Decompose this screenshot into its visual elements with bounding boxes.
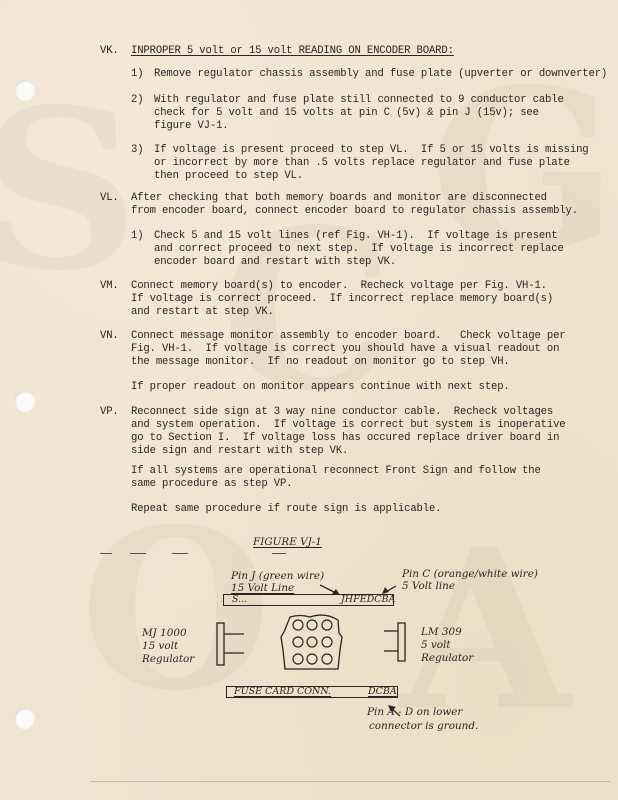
left-regulator-label: MJ 1000 [142, 627, 187, 639]
step-id: VP. [100, 406, 119, 419]
pin-c-label: Pin C (orange/white wire) [402, 568, 538, 580]
divider [100, 553, 112, 554]
punch-hole [14, 80, 35, 101]
substep-text: encoder board and restart with step VK. [154, 256, 396, 269]
pin-j-label: Pin J (green wire) [231, 570, 324, 582]
top-connector-pins: JHFEDCBA [341, 594, 395, 606]
right-regulator-label: LM 309 [421, 626, 462, 638]
regulator-diagram [0, 0, 618, 800]
punch-hole [14, 708, 35, 729]
step-text: If voltage is correct proceed. If incorr… [131, 293, 553, 306]
substep-text: check for 5 volt and 15 volts at pin C (… [154, 107, 539, 120]
step-text: from encoder board, connect encoder boar… [131, 205, 578, 218]
step-id: VM. [100, 280, 119, 293]
step-text: go to Section I. If voltage loss has occ… [131, 432, 559, 445]
arrow-icon [0, 0, 618, 800]
step-text: side sign and restart with step VK. [131, 445, 348, 458]
substep-text: and correct proceed to next step. If vol… [154, 243, 564, 256]
step-text: and restart at step VK. [131, 306, 274, 319]
left-regulator-label: 15 volt [142, 640, 178, 652]
step-id: VL. [100, 192, 119, 205]
divider [130, 553, 146, 554]
scanned-page: S C G O A VK. INPROPER 5 volt or 15 volt… [0, 0, 618, 800]
right-regulator-label: Regulator [421, 652, 473, 664]
step-id: VK. [100, 45, 119, 58]
substep-text: Remove regulator chassis assembly and fu… [154, 68, 607, 81]
pin-c-label: 5 Volt line [402, 580, 455, 592]
right-regulator-label: 5 volt [421, 639, 451, 651]
ground-note: connector is ground. [369, 720, 478, 732]
step-note: same procedure as step VP. [131, 478, 292, 491]
fuse-card-label: FUSE CARD CONN. [234, 686, 331, 698]
substep-text: With regulator and fuse plate still conn… [154, 94, 564, 107]
substep-number: 2) [131, 94, 143, 107]
substep-text: If voltage is present proceed to step VL… [154, 144, 589, 157]
watermark-letter: O [80, 480, 272, 739]
substep-text: or incorrect by more than .5 volts repla… [154, 157, 570, 170]
divider [272, 553, 286, 554]
section-heading: INPROPER 5 volt or 15 volt READING ON EN… [131, 45, 454, 58]
substep-number: 1) [131, 230, 143, 243]
ground-note: Pin A - D on lower [367, 706, 462, 718]
step-text: Fig. VH-1. If voltage is correct you sho… [131, 343, 559, 356]
step-note: Repeat same procedure if route sign is a… [131, 503, 441, 516]
punch-hole [14, 391, 35, 412]
step-id: VN. [100, 330, 119, 343]
step-note: If proper readout on monitor appears con… [131, 381, 510, 394]
pin-j-label: 15 Volt Line [231, 582, 294, 594]
step-text: After checking that both memory boards a… [131, 192, 547, 205]
substep-text: then proceed to step VL. [154, 170, 303, 183]
step-text: Reconnect side sign at 3 way nine conduc… [131, 406, 553, 419]
substep-text: figure VJ-1. [154, 120, 229, 133]
top-connector-left: S... [232, 594, 247, 606]
fuse-card-pins: DCBA [368, 686, 397, 698]
substep-text: Check 5 and 15 volt lines (ref Fig. VH-1… [154, 230, 557, 243]
figure-title: FIGURE VJ-1 [253, 536, 322, 548]
step-text: Connect message monitor assembly to enco… [131, 330, 566, 343]
left-regulator-label: Regulator [142, 653, 194, 665]
scan-line [90, 781, 610, 782]
step-text: and system operation. If voltage is corr… [131, 419, 566, 432]
step-text: the message monitor. If no readout on mo… [131, 356, 510, 369]
divider [172, 553, 188, 554]
step-text: Connect memory board(s) to encoder. Rech… [131, 280, 547, 293]
substep-number: 1) [131, 68, 143, 81]
step-note: If all systems are operational reconnect… [131, 465, 541, 478]
substep-number: 3) [131, 144, 143, 157]
